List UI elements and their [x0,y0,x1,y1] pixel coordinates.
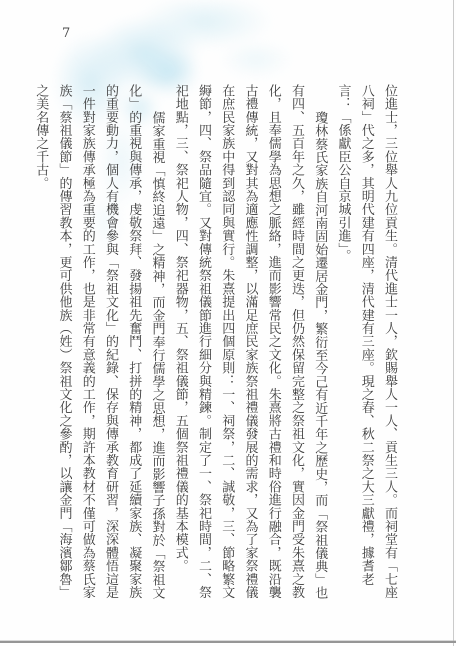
text-column-1: 位進士，三位舉人九位貢生。清代進士一人，欽賜舉人一人、貢生三人。而祠堂有「七座 [378,84,401,600]
text-column-2: 八祠」代之多，其明代建有四座，清代建有三座。現之春、秋二祭之大三獻禮，據耆老 [355,84,378,600]
text-column-13: 的重要動力，個人有機會參與「祭祖文化」的紀錄、保存與傳承教育研習，深深體悟這是 [99,84,122,600]
text-column-4: 瓊林蔡氏家族自河南固始遷居金門，繁衍至今己有近千年之歷史，而「祭祖儀典」也 [308,84,331,627]
text-column-5: 有四、五百年之久，雖經時間之更迭，但仍然保留完整之祭祖文化，實因金門受朱熹之教 [285,84,308,600]
text-column-16: 之美名傳之千古。 [29,84,52,600]
document-page: 7 位進士，三位舉人九位貢生。清代進士一人，欽賜舉人一人、貢生三人。而祠堂有「七… [0,0,456,646]
text-column-6: 化，且奉儒學為思想之脈絡，進而影響常民之文化。朱熹將古禮和時俗進行融合，既沿襲 [262,84,285,600]
page-edge-bottom [0,641,456,644]
text-column-11: 儒家重視「慎終追遠」之精神，而金門奉行儒學之思想，進而影響子孫對於「祭祖文 [145,84,168,627]
text-block: 位進士，三位舉人九位貢生。清代進士一人，欽賜舉人一人、貢生三人。而祠堂有「七座八… [29,84,401,604]
text-column-12: 化」的重視與傳承，虔敬祭拜、發揚祖先奮鬥、打拼的精神，都成了延續家族、凝聚家族 [122,84,145,600]
text-column-7: 古禮傳統，又對其為適應性調整，以滿足庶民家族祭祖禮儀發展的需求，又為了家祭禮儀 [238,84,261,600]
text-column-3: 言：「係獻臣公自京城引進」。 [331,84,354,600]
text-column-15: 族「蔡祖儀節」的傳習教本，更可供他族（姓）祭祖文化之參酌，以讓金門「海濱鄒魯」 [52,84,75,600]
text-column-10: 祀地點，三、祭祀人物，四、祭祀器物，五、祭祖儀節，五個祭祖禮儀的基本模式。 [169,84,192,600]
text-column-8: 在庶民家族中得到認同與實行。朱熹提出四個原則：一、祠祭，二、誠敬，三、節略繁文 [215,84,238,600]
page-number: 7 [62,26,71,41]
text-column-14: 一件對家族傳承極為重要的工作，也是非常有意義的工作，期許本教材不僅可做為蔡氏家 [76,84,99,600]
text-column-9: 縟節，四、祭品隨宜。又對傳統祭祖儀節進行細分與精鍊。制定了一、祭祀時間，二、祭 [192,84,215,600]
page-edge-right [453,0,455,646]
